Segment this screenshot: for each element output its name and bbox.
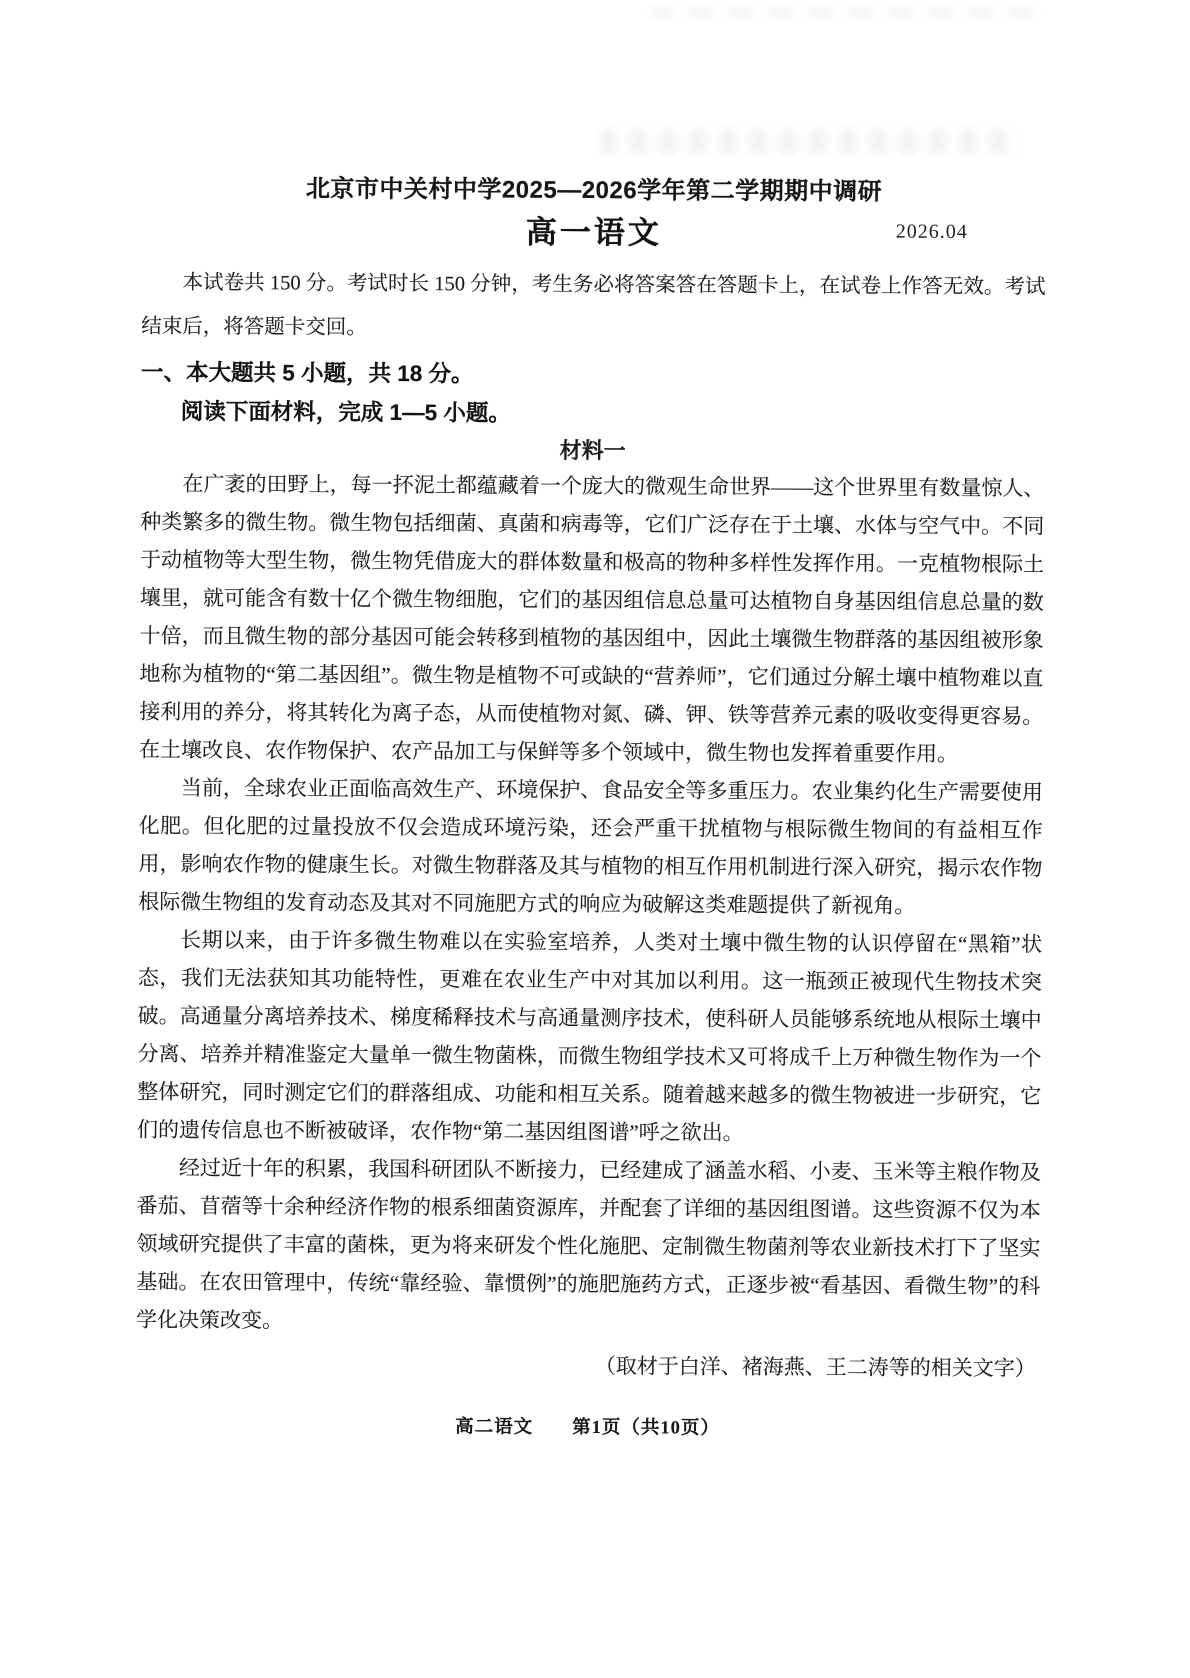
- school-exam-header: 北京市中关村中学2025—2026学年第二学期期中调研: [142, 168, 1046, 208]
- material-paragraph-3: 长期以来，由于许多微生物难以在实验室培养，人类对土壤中微生物的认识停留在“黑箱”…: [137, 921, 1042, 1154]
- page-footer: 高二语文 第1页（共10页）: [135, 1411, 1039, 1442]
- section-one-heading: 一、本大题共 5 小题，共 18 分。: [141, 353, 1045, 398]
- material-paragraph-1: 在广袤的田野上，每一抔泥土都蕴藏着一个庞大的微观生命世界——这个世界里有数量惊人…: [139, 465, 1045, 774]
- source-attribution: （取材于白洋、褚海燕、王二涛等的相关文字）: [136, 1345, 1040, 1388]
- page-content: 北京市中关村中学2025—2026学年第二学期期中调研 高一语文 2026.04…: [135, 0, 1047, 1441]
- material-paragraph-2: 当前，全球农业正面临高效生产、环境保护、食品安全等多重压力。农业集约化生产需要使…: [138, 769, 1043, 926]
- material-paragraph-4: 经过近十年的积累，我国科研团队不断接力，已经建成了涵盖水稻、小麦、玉米等主粮作物…: [136, 1149, 1041, 1344]
- exam-date: 2026.04: [896, 221, 968, 244]
- exam-notice: 本试卷共 150 分。考试时长 150 分钟，考生务必将答案答在答题卡上，在试卷…: [141, 261, 1045, 354]
- exam-title: 高一语文: [526, 207, 662, 253]
- exam-paper-page: 北京市中关村中学2025—2026学年第二学期期中调研 高一语文 2026.04…: [0, 0, 1190, 1678]
- title-row: 高一语文 2026.04: [142, 205, 1046, 256]
- material-one-heading: 材料一: [141, 433, 1045, 470]
- section-one-instruction: 阅读下面材料，完成 1—5 小题。: [141, 393, 1045, 436]
